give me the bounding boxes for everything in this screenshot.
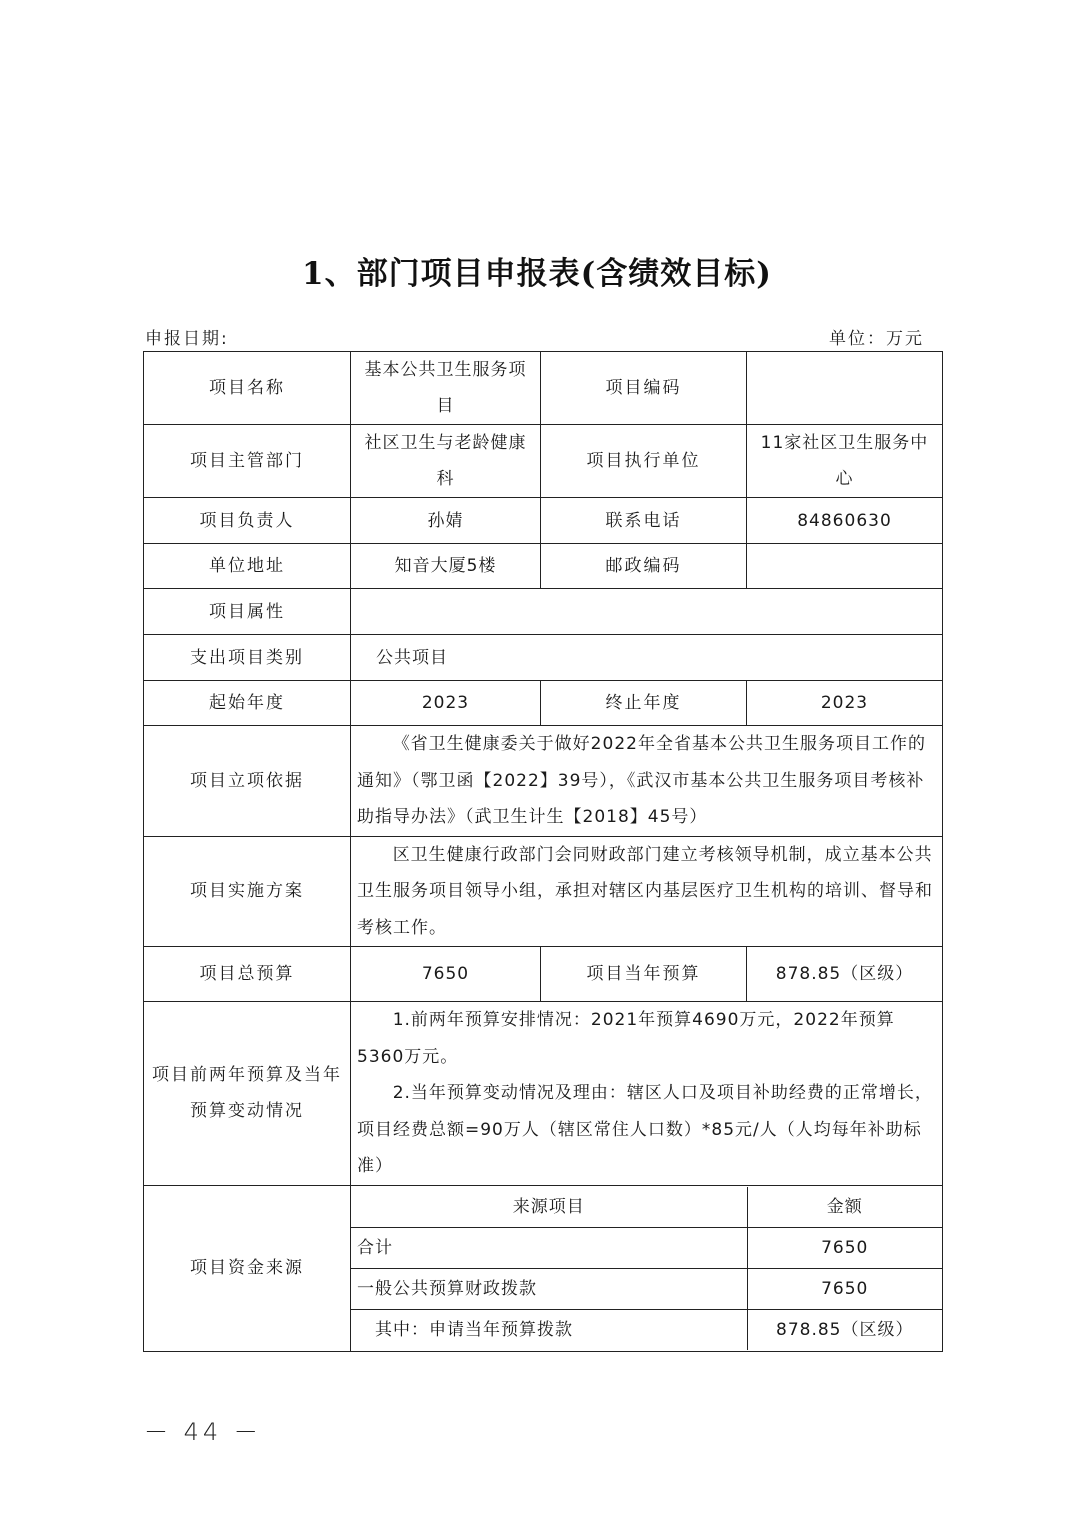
funding-source: 一般公共预算财政拨款 bbox=[351, 1268, 747, 1309]
page-title: 1、部门项目申报表(含绩效目标) bbox=[0, 248, 1074, 293]
project-name-label: 项目名称 bbox=[144, 352, 351, 425]
project-code-label: 项目编码 bbox=[541, 352, 747, 425]
funding-amount: 7650 bbox=[747, 1227, 942, 1268]
funding-sources-label: 项目资金来源 bbox=[144, 1185, 351, 1351]
funding-source: 其中：申请当年预算拨款 bbox=[351, 1309, 747, 1350]
postal-code-label: 邮政编码 bbox=[541, 544, 747, 589]
total-budget-label: 项目总预算 bbox=[144, 947, 351, 1002]
project-name-value: 基本公共卫生服务项目 bbox=[351, 352, 541, 425]
unit-label: 单位：万元 bbox=[829, 324, 924, 349]
funding-header-amount: 金额 bbox=[747, 1187, 942, 1228]
end-year-label: 终止年度 bbox=[541, 681, 747, 726]
table-row: 项目立项依据 《省卫生健康委关于做好2022年全省基本公共卫生服务项目工作的通知… bbox=[144, 726, 943, 837]
implementation-plan-cell: 区卫生健康行政部门会同财政部门建立考核领导机制，成立基本公共卫生服务项目领导小组… bbox=[351, 836, 943, 947]
executing-unit-label: 项目执行单位 bbox=[541, 425, 747, 498]
budget-changes-para2: 2.当年预算变动情况及理由：辖区人口及项目补助经费的正常增长，项目经费总额=90… bbox=[357, 1075, 940, 1185]
budget-changes-para1: 1.前两年预算安排情况：2021年预算4690万元，2022年预算5360万元。 bbox=[357, 1002, 940, 1075]
end-year-value: 2023 bbox=[747, 681, 943, 726]
budget-changes-cell: 1.前两年预算安排情况：2021年预算4690万元，2022年预算5360万元。… bbox=[351, 1002, 943, 1186]
basis-cell: 《省卫生健康委关于做好2022年全省基本公共卫生服务项目工作的通知》（鄂卫函【2… bbox=[351, 726, 943, 837]
table-row: 项目负责人 孙婧 联系电话 84860630 bbox=[144, 498, 943, 544]
table-row: 起始年度 2023 终止年度 2023 bbox=[144, 681, 943, 726]
expense-category-value: 公共项目 bbox=[351, 635, 943, 681]
funding-sources-table: 来源项目 金额 合计 7650 一般公共预算财政拨款 7650 其中：申请当年预… bbox=[351, 1187, 942, 1350]
implementation-plan-value: 区卫生健康行政部门会同财政部门建立考核领导机制，成立基本公共卫生服务项目领导小组… bbox=[357, 837, 940, 947]
table-row: 项目名称 基本公共卫生服务项目 项目编码 bbox=[144, 352, 943, 425]
start-year-value: 2023 bbox=[351, 681, 541, 726]
basis-value: 《省卫生健康委关于做好2022年全省基本公共卫生服务项目工作的通知》（鄂卫函【2… bbox=[357, 726, 940, 836]
funding-row: 一般公共预算财政拨款 7650 bbox=[351, 1268, 942, 1309]
funding-sources-cell: 来源项目 金额 合计 7650 一般公共预算财政拨款 7650 其中：申请当年预… bbox=[351, 1185, 943, 1351]
table-row: 项目主管部门 社区卫生与老龄健康科 项目执行单位 11家社区卫生服务中心 bbox=[144, 425, 943, 498]
funding-row: 合计 7650 bbox=[351, 1227, 942, 1268]
table-row: 支出项目类别 公共项目 bbox=[144, 635, 943, 681]
budget-changes-label: 项目前两年预算及当年预算变动情况 bbox=[144, 1002, 351, 1186]
funding-header-row: 来源项目 金额 bbox=[351, 1187, 942, 1228]
funding-source: 合计 bbox=[351, 1227, 747, 1268]
funding-header-source: 来源项目 bbox=[351, 1187, 747, 1228]
contact-phone-label: 联系电话 bbox=[541, 498, 747, 544]
project-leader-label: 项目负责人 bbox=[144, 498, 351, 544]
expense-category-label: 支出项目类别 bbox=[144, 635, 351, 681]
current-year-budget-label: 项目当年预算 bbox=[541, 947, 747, 1002]
unit-address-label: 单位地址 bbox=[144, 544, 351, 589]
contact-phone-value: 84860630 bbox=[747, 498, 943, 544]
table-row: 项目总预算 7650 项目当年预算 878.85（区级） bbox=[144, 947, 943, 1002]
table-row: 项目属性 bbox=[144, 589, 943, 635]
project-leader-value: 孙婧 bbox=[351, 498, 541, 544]
table-row: 项目资金来源 来源项目 金额 合计 7650 一般公共预算财政拨款 7650 其… bbox=[144, 1185, 943, 1351]
funding-row: 其中：申请当年预算拨款 878.85（区级） bbox=[351, 1309, 942, 1350]
start-year-label: 起始年度 bbox=[144, 681, 351, 726]
table-row: 项目前两年预算及当年预算变动情况 1.前两年预算安排情况：2021年预算4690… bbox=[144, 1002, 943, 1186]
total-budget-value: 7650 bbox=[351, 947, 541, 1002]
project-application-table: 项目名称 基本公共卫生服务项目 项目编码 项目主管部门 社区卫生与老龄健康科 项… bbox=[143, 351, 943, 1352]
declare-date-label: 申报日期: bbox=[145, 324, 229, 349]
managing-dept-value: 社区卫生与老龄健康科 bbox=[351, 425, 541, 498]
unit-address-value: 知音大厦5楼 bbox=[351, 544, 541, 589]
funding-amount: 7650 bbox=[747, 1268, 942, 1309]
project-attribute-label: 项目属性 bbox=[144, 589, 351, 635]
table-row: 项目实施方案 区卫生健康行政部门会同财政部门建立考核领导机制，成立基本公共卫生服… bbox=[144, 836, 943, 947]
project-code-value bbox=[747, 352, 943, 425]
managing-dept-label: 项目主管部门 bbox=[144, 425, 351, 498]
basis-label: 项目立项依据 bbox=[144, 726, 351, 837]
implementation-plan-label: 项目实施方案 bbox=[144, 836, 351, 947]
executing-unit-value: 11家社区卫生服务中心 bbox=[747, 425, 943, 498]
page-number: － 44 － bbox=[144, 1412, 262, 1447]
project-attribute-value bbox=[351, 589, 943, 635]
current-year-budget-value: 878.85（区级） bbox=[747, 947, 943, 1002]
postal-code-value bbox=[747, 544, 943, 589]
funding-amount: 878.85（区级） bbox=[747, 1309, 942, 1350]
table-row: 单位地址 知音大厦5楼 邮政编码 bbox=[144, 544, 943, 589]
